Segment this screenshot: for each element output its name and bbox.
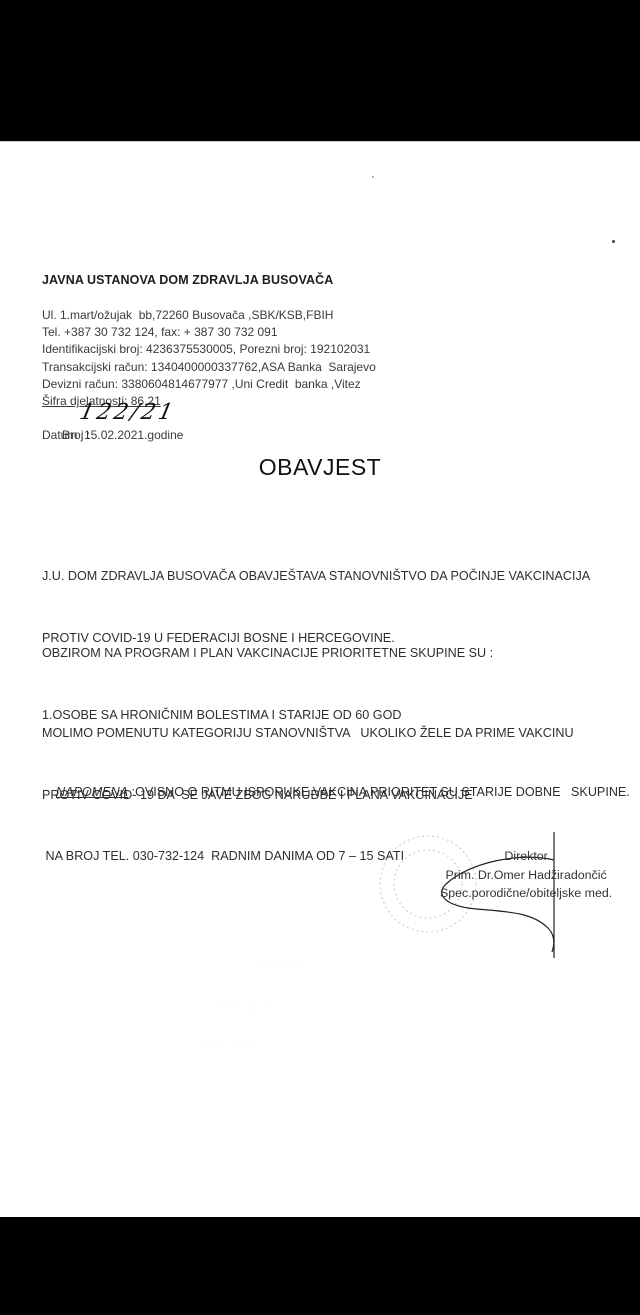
bleed-through-marks: · · · ·· · · · · · ·: [110, 647, 187, 659]
ids-line: Identifikacijski broj: 4236375530005, Po…: [42, 341, 376, 358]
bleed-through-marks: · · · · · ·: [200, 1042, 253, 1054]
paragraph-note: NAPOMENA :OVISNO O RITMU ISPORUKE VAKCIN…: [42, 761, 630, 823]
top-black-bar: [0, 0, 640, 141]
document-number-row: Broj : 122/21: [42, 410, 376, 427]
paragraph-line: J.U. DOM ZDRAVLJA BUSOVAČA OBAVJEŠTAVA S…: [42, 566, 590, 587]
signatory-specialty: Spec.porodične/obiteljske med.: [440, 884, 612, 903]
letterhead: Ul. 1.mart/ožujak bb,72260 Busovača ,SBK…: [42, 307, 376, 445]
foreign-account-line: Devizni račun: 3380604814677977 ,Uni Cre…: [42, 376, 376, 393]
institution-name: JAVNA USTANOVA DOM ZDRAVLJA BUSOVAČA: [42, 273, 333, 287]
signature-block: Direktor Prim. Dr.Omer Hadžiradončić Spe…: [440, 847, 612, 903]
document-number-handwritten: 122/21: [78, 404, 177, 421]
bleed-through-marks: · · · · · ·: [220, 1002, 266, 1014]
notice-title: OBAVJEST: [0, 454, 640, 481]
document-page: JAVNA USTANOVA DOM ZDRAVLJA BUSOVAČA Ul.…: [0, 141, 640, 1217]
address-line: Ul. 1.mart/ožujak bb,72260 Busovača ,SBK…: [42, 307, 376, 324]
scan-speck: [612, 240, 615, 243]
phone-fax-line: Tel. +387 30 732 124, fax: + 387 30 732 …: [42, 324, 376, 341]
note-text: :OVISNO O RITMU ISPORUKE VAKCINA PRIORIT…: [128, 785, 630, 799]
signatory-role: Direktor: [440, 847, 612, 866]
transaction-account-line: Transakcijski račun: 1340400000337762,AS…: [42, 359, 376, 376]
signatory-name: Prim. Dr.Omer Hadžiradončić: [440, 866, 612, 885]
paragraph-line: MOLIMO POMENUTU KATEGORIJU STANOVNIŠTVA …: [42, 723, 574, 744]
note-label: NAPOMENA: [56, 785, 128, 799]
scan-speck: [372, 176, 374, 178]
bleed-through-marks: · ·· · · ·: [260, 962, 303, 974]
document-number-label: Broj :: [62, 428, 93, 442]
bottom-black-bar: [0, 1217, 640, 1315]
